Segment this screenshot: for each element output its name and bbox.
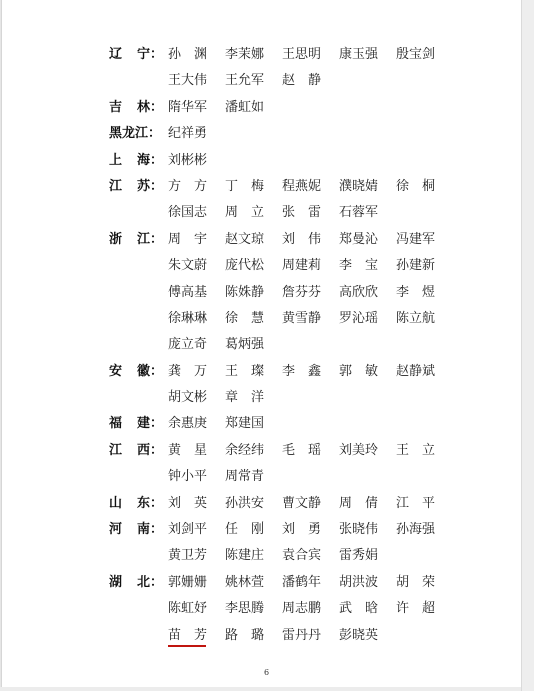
name-row: 江西：黄星余经纬毛瑶刘美玲王立 <box>2 438 521 464</box>
person-name: 周宇 <box>168 227 225 253</box>
person-name: 庞代松 <box>225 253 282 279</box>
name-row: 吉林：隋华军潘虹如 <box>2 95 521 121</box>
province-label: 黑龙江： <box>109 121 169 147</box>
province-group: 福建：余惠庚郑建国 <box>2 411 521 437</box>
person-name: 潘鹤年 <box>282 570 339 596</box>
person-name: 程燕妮 <box>282 174 339 200</box>
person-name: 丁梅 <box>225 174 282 200</box>
person-name: 葛炳强 <box>225 332 282 358</box>
page-number: 6 <box>264 668 269 677</box>
person-name: 刘勇 <box>282 517 339 543</box>
name-row: 徐国志周立张雷石蓉军 <box>2 200 521 226</box>
person-name: 傅高基 <box>168 280 225 306</box>
person-name: 毛瑶 <box>282 438 339 464</box>
person-name: 周倩 <box>339 491 396 517</box>
document-page: 辽宁：孙渊李茉娜王思明康玉强殷宝剑王大伟王允军赵静吉林：隋华军潘虹如黑龙江：纪祥… <box>1 0 521 687</box>
person-name: 陈立航 <box>396 306 453 332</box>
person-name: 王思明 <box>282 42 339 68</box>
person-name: 殷宝剑 <box>396 42 453 68</box>
person-name: 任刚 <box>225 517 282 543</box>
person-name: 胡洪波 <box>339 570 396 596</box>
person-name: 余经纬 <box>225 438 282 464</box>
person-name: 罗沁瑶 <box>339 306 396 332</box>
person-name: 黄卫芳 <box>168 543 225 569</box>
person-name: 刘美玲 <box>339 438 396 464</box>
person-name: 石蓉军 <box>339 200 396 226</box>
person-name: 李鑫 <box>282 359 339 385</box>
person-name: 胡荣 <box>396 570 453 596</box>
person-name: 彭晓英 <box>339 623 396 649</box>
person-name: 周常青 <box>225 464 282 490</box>
person-name: 方方 <box>168 174 225 200</box>
province-group: 湖北：郭姗姗姚林萱潘鹤年胡洪波胡荣陈虹妤李思腾周志鹏武晗许超苗芳路璐雷丹丹彭晓英 <box>2 570 521 649</box>
person-name: 王璨 <box>225 359 282 385</box>
name-row: 山东：刘英孙洪安曹文静周倩江平 <box>2 491 521 517</box>
scrollbar[interactable] <box>521 0 534 691</box>
province-label: 浙江： <box>109 227 169 253</box>
person-name: 许超 <box>396 596 453 622</box>
person-name: 周建莉 <box>282 253 339 279</box>
person-name: 雷丹丹 <box>282 623 339 649</box>
person-name: 李茉娜 <box>225 42 282 68</box>
province-label: 山东： <box>109 491 169 517</box>
name-row: 陈虹妤李思腾周志鹏武晗许超 <box>2 596 521 622</box>
person-name: 郑建国 <box>225 411 282 437</box>
person-name: 詹芬芬 <box>282 280 339 306</box>
person-name: 黄星 <box>168 438 225 464</box>
person-name: 康玉强 <box>339 42 396 68</box>
province-label: 辽宁： <box>109 42 169 68</box>
person-name: 袁合宾 <box>282 543 339 569</box>
person-name: 濮晓婧 <box>339 174 396 200</box>
name-row: 胡文彬章洋 <box>2 385 521 411</box>
person-name: 徐慧 <box>225 306 282 332</box>
name-row: 徐琳琳徐慧黄雪静罗沁瑶陈立航 <box>2 306 521 332</box>
person-name: 王立 <box>396 438 453 464</box>
name-row: 湖北：郭姗姗姚林萱潘鹤年胡洪波胡荣 <box>2 570 521 596</box>
name-list: 辽宁：孙渊李茉娜王思明康玉强殷宝剑王大伟王允军赵静吉林：隋华军潘虹如黑龙江：纪祥… <box>2 42 521 649</box>
person-name: 纪祥勇 <box>168 121 225 147</box>
person-name: 郭姗姗 <box>168 570 225 596</box>
person-name: 王大伟 <box>168 68 225 94</box>
province-group: 山东：刘英孙洪安曹文静周倩江平 <box>2 491 521 517</box>
person-name: 龚万 <box>168 359 225 385</box>
province-label: 福建： <box>109 411 169 437</box>
person-name: 徐桐 <box>396 174 453 200</box>
province-label: 安徽： <box>109 359 169 385</box>
person-name: 高欣欣 <box>339 280 396 306</box>
name-row: 黑龙江：纪祥勇 <box>2 121 521 147</box>
person-name: 陈建庄 <box>225 543 282 569</box>
name-row: 江苏：方方丁梅程燕妮濮晓婧徐桐 <box>2 174 521 200</box>
person-name: 章洋 <box>225 385 282 411</box>
name-row: 钟小平周常青 <box>2 464 521 490</box>
person-name: 刘剑平 <box>168 517 225 543</box>
province-label: 江西： <box>109 438 169 464</box>
person-name: 周志鹏 <box>282 596 339 622</box>
person-name: 李煜 <box>396 280 453 306</box>
person-name: 黄雪静 <box>282 306 339 332</box>
person-name: 徐琳琳 <box>168 306 225 332</box>
person-name: 孙建新 <box>396 253 453 279</box>
province-label: 河南： <box>109 517 169 543</box>
province-group: 安徽：龚万王璨李鑫郭敏赵静斌胡文彬章洋 <box>2 359 521 412</box>
person-name: 张雷 <box>282 200 339 226</box>
name-row: 上海：刘彬彬 <box>2 148 521 174</box>
person-name: 刘彬彬 <box>168 148 225 174</box>
person-name: 朱文蔚 <box>168 253 225 279</box>
person-name: 陈虹妤 <box>168 596 225 622</box>
person-name: 张晓伟 <box>339 517 396 543</box>
name-row: 安徽：龚万王璨李鑫郭敏赵静斌 <box>2 359 521 385</box>
province-group: 吉林：隋华军潘虹如 <box>2 95 521 121</box>
province-group: 黑龙江：纪祥勇 <box>2 121 521 147</box>
person-name: 徐国志 <box>168 200 225 226</box>
person-name: 王允军 <box>225 68 282 94</box>
person-name: 郭敏 <box>339 359 396 385</box>
name-row: 王大伟王允军赵静 <box>2 68 521 94</box>
person-name: 路璐 <box>225 623 282 649</box>
person-name: 雷秀娟 <box>339 543 396 569</box>
person-name: 赵静 <box>282 68 339 94</box>
person-name: 余惠庚 <box>168 411 225 437</box>
person-name: 孙海强 <box>396 517 453 543</box>
person-name: 武晗 <box>339 596 396 622</box>
province-group: 河南：刘剑平任刚刘勇张晓伟孙海强黄卫芳陈建庄袁合宾雷秀娟 <box>2 517 521 570</box>
person-name: 赵文琼 <box>225 227 282 253</box>
name-row: 辽宁：孙渊李茉娜王思明康玉强殷宝剑 <box>2 42 521 68</box>
province-group: 辽宁：孙渊李茉娜王思明康玉强殷宝剑王大伟王允军赵静 <box>2 42 521 95</box>
name-row: 庞立奇葛炳强 <box>2 332 521 358</box>
province-label: 湖北： <box>109 570 169 596</box>
person-name: 郑曼沁 <box>339 227 396 253</box>
name-row: 朱文蔚庞代松周建莉李宝孙建新 <box>2 253 521 279</box>
province-label: 吉林： <box>109 95 169 121</box>
person-name: 赵静斌 <box>396 359 453 385</box>
person-name: 陈姝静 <box>225 280 282 306</box>
person-name: 李宝 <box>339 253 396 279</box>
page-gap <box>0 687 521 691</box>
name-row: 黄卫芳陈建庄袁合宾雷秀娟 <box>2 543 521 569</box>
name-row: 河南：刘剑平任刚刘勇张晓伟孙海强 <box>2 517 521 543</box>
person-name: 庞立奇 <box>168 332 225 358</box>
person-name: 曹文静 <box>282 491 339 517</box>
person-name: 孙渊 <box>168 42 225 68</box>
person-name: 周立 <box>225 200 282 226</box>
person-name: 刘伟 <box>282 227 339 253</box>
province-label: 上海： <box>109 148 169 174</box>
name-row: 傅高基陈姝静詹芬芬高欣欣李煜 <box>2 280 521 306</box>
province-label: 江苏： <box>109 174 169 200</box>
province-group: 浙江：周宇赵文琼刘伟郑曼沁冯建军朱文蔚庞代松周建莉李宝孙建新傅高基陈姝静詹芬芬高… <box>2 227 521 359</box>
person-name: 胡文彬 <box>168 385 225 411</box>
person-name: 冯建军 <box>396 227 453 253</box>
name-row: 浙江：周宇赵文琼刘伟郑曼沁冯建军 <box>2 227 521 253</box>
person-name: 李思腾 <box>225 596 282 622</box>
name-row: 苗芳路璐雷丹丹彭晓英 <box>2 623 521 649</box>
person-name: 姚林萱 <box>225 570 282 596</box>
province-group: 上海：刘彬彬 <box>2 148 521 174</box>
name-row: 福建：余惠庚郑建国 <box>2 411 521 437</box>
person-name: 钟小平 <box>168 464 225 490</box>
person-name: 江平 <box>396 491 453 517</box>
province-group: 江苏：方方丁梅程燕妮濮晓婧徐桐徐国志周立张雷石蓉军 <box>2 174 521 227</box>
person-name: 隋华军 <box>168 95 225 121</box>
person-name: 刘英 <box>168 491 225 517</box>
person-name: 孙洪安 <box>225 491 282 517</box>
province-group: 江西：黄星余经纬毛瑶刘美玲王立钟小平周常青 <box>2 438 521 491</box>
person-name: 潘虹如 <box>225 95 282 121</box>
person-name: 苗芳 <box>168 623 225 649</box>
